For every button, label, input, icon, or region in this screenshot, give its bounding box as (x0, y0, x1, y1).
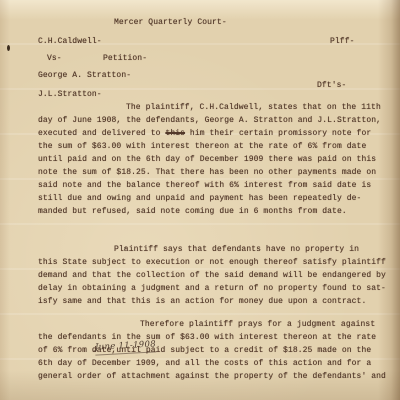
body-line: general order of attachment against the … (38, 370, 390, 383)
body-line: demand and that the collection of the sa… (38, 269, 390, 282)
body-line: of 6% from date,until paid subject to a … (38, 344, 390, 357)
body-line: 6th day of December 1909, and all the co… (38, 357, 390, 370)
body-line: said note and the balance thereof with 6… (38, 179, 390, 192)
body-line: executed and delivered to this him their… (38, 127, 390, 140)
body-line: day of June 1908, the defendants, George… (38, 114, 390, 127)
body-line: isfy same and that this is an action for… (38, 295, 390, 308)
struck-word: this (165, 129, 185, 138)
paragraph-3: Therefore plaintiff prays for a judgment… (38, 318, 390, 383)
paragraph-2: Plaintiff says that defendants have no p… (38, 243, 390, 308)
paragraph-1: The plaintiff, C.H.Caldwell, states that… (38, 101, 390, 218)
body-line: delay in obtaining a judgment and a retu… (38, 282, 390, 295)
body-line: until paid and on the 6th day of Decembe… (38, 153, 390, 166)
defendant-name-1: George A. Stratton- (38, 69, 131, 82)
body-line: The plaintiff, C.H.Caldwell, states that… (38, 101, 390, 114)
defendant-name-2: J.L.Stratton- (38, 88, 102, 101)
body-line: the sum of $63.00 with interest thereon … (38, 140, 390, 153)
versus-label: Vs- (47, 52, 62, 65)
body-line: note the sum of $18.25. That there has b… (38, 166, 390, 179)
body-line: Therefore plaintiff prays for a judgment… (38, 318, 390, 331)
body-line: Plaintiff says that defendants have no p… (38, 243, 390, 256)
body-line: the defendants in the sum of $63.00 with… (38, 331, 390, 344)
body-line-segment: executed and delivered to (38, 129, 165, 138)
court-name: Mercer Quarterly Court- (114, 16, 227, 29)
plaintiff-designation: Plff- (330, 35, 355, 48)
body-line: manded but refused, said note coming due… (38, 205, 390, 218)
pleading-title: Petition- (103, 52, 147, 65)
body-line: this State subject to execution or not e… (38, 256, 390, 269)
defendants-designation: Dft's- (317, 79, 346, 92)
scanned-petition-document: Mercer Quarterly Court- C.H.Caldwell- Pl… (0, 0, 400, 400)
body-line-segment: him their certain promissory note for (185, 129, 371, 138)
ink-speck (124, 247, 126, 249)
body-line: still due and owing and unpaid and payme… (38, 192, 390, 205)
plaintiff-name: C.H.Caldwell- (38, 35, 102, 48)
ink-speck (7, 45, 10, 51)
